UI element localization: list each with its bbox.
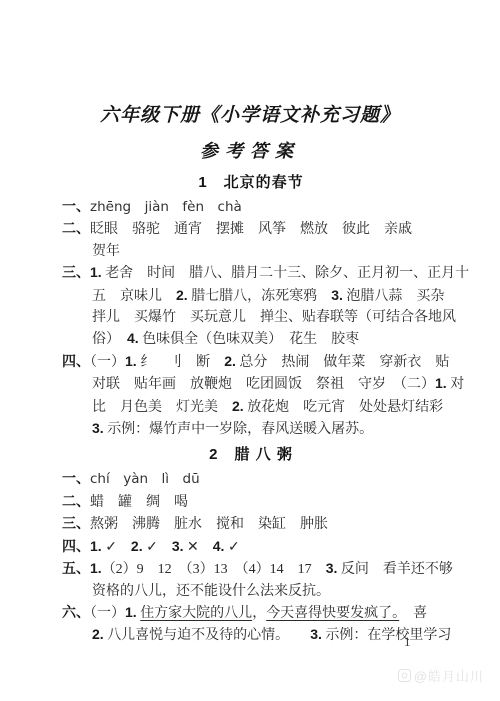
text-segment: 八儿喜悦与迫不及待的心情。 <box>104 628 311 643</box>
text-line: 拌儿 买爆竹 买玩意儿 掸尘、贴春联等（可结合各地风 <box>62 307 440 328</box>
text-segment: ✓ <box>102 540 131 555</box>
text-segment: zhēng jiàn fèn chà <box>90 199 242 215</box>
text-segment: （2）9 12 （3）13 （4）14 17 <box>102 562 326 577</box>
text-segment: ✓ <box>224 540 239 555</box>
text-segment: 腊七腊八，冻死寒鸦 <box>188 289 332 304</box>
text-segment: 1. <box>90 560 102 576</box>
text-line: 五 京味儿 2. 腊七腊八，冻死寒鸦 3. 泡腊八蒜 买杂 <box>62 285 440 307</box>
text-segment: 俗） <box>92 332 127 347</box>
text-line: 对联 贴年画 放鞭炮 吃团圆饭 祭祖 守岁 （二）1. 对 <box>62 373 440 395</box>
text-segment: 三、 <box>62 515 90 531</box>
text-segment: 泡腊八蒜 买杂 <box>343 289 445 304</box>
text-line: 三、1. 老舍 时间 腊八、腊月二十三、除夕、正月初一、正月十 <box>62 262 440 284</box>
text-segment: 对 <box>447 377 465 392</box>
text-line: 资格的八儿，还不能设什么法来反抗。 <box>62 581 440 602</box>
text-segment: 比 月色美 灯光美 <box>92 400 232 415</box>
text-segment: 一、 <box>62 198 90 214</box>
title-block: 六年级下册《小学语文补充习题》 参考答案 <box>0 100 500 163</box>
text-line: 二、蜡 罐 绸 喝 <box>62 491 440 513</box>
camera-logo-icon <box>398 669 411 682</box>
text-segment: 对联 贴年画 放鞭炮 吃团圆饭 祭祖 守岁 （二） <box>92 377 435 392</box>
text-segment: 五 京味儿 <box>92 289 176 304</box>
text-segment: 1. <box>125 604 137 620</box>
text-segment: 1. <box>90 538 102 554</box>
text-segment: 3. <box>310 626 322 642</box>
underlined-answer: 住方家大院的八儿 <box>140 606 252 621</box>
text-segment: 色味俱全（色味双美） 花生 胶枣 <box>139 332 360 347</box>
text-segment: 放花炮 吃元宵 处处悬灯结彩 <box>244 400 444 415</box>
text-segment: 2. <box>176 287 188 303</box>
underlined-answer: 今天喜得快要发疯了。 <box>266 606 399 621</box>
text-line: 二、眨眼 骆驼 通宵 摆摊 风筝 燃放 彼此 亲戚 <box>62 218 440 240</box>
page-container: 六年级下册《小学语文补充习题》 参考答案 1 北京的春节 一、zhēng jià… <box>0 0 500 701</box>
text-segment: 2. <box>224 353 236 369</box>
text-segment: （一） <box>90 355 125 370</box>
document-title: 六年级下册《小学语文补充习题》 <box>0 100 500 127</box>
text-line: 一、zhēng jiàn fèn chà <box>62 196 440 218</box>
text-segment: ✓ <box>143 540 172 555</box>
lesson-1-heading: 1 北京的春节 <box>62 172 440 194</box>
text-segment: 2. <box>232 398 244 414</box>
text-segment: 资格的八儿，还不能设什么法来反抗。 <box>92 584 330 599</box>
lesson-2-body: 一、chí yàn lì dū二、蜡 罐 绸 喝三、熬粥 沸腾 脏水 搅和 染缸… <box>62 468 440 646</box>
text-line: 3. 示例：爆竹声中一岁除，春风送暖入屠苏。 <box>62 418 440 440</box>
text-segment: 一、 <box>62 470 90 486</box>
text-segment: ✕ <box>184 540 213 555</box>
text-segment: 1. <box>435 375 447 391</box>
text-segment: 3. <box>92 420 104 436</box>
text-line: 四、（一）1. 纟 刂 断 2. 总分 热闹 做年菜 穿新衣 贴 <box>62 351 440 373</box>
text-segment: 3. <box>331 287 343 303</box>
text-segment: 反问 看羊还不够 <box>337 562 453 577</box>
text-segment: ， <box>252 606 266 621</box>
text-line: 比 月色美 灯光美 2. 放花炮 吃元宵 处处悬灯结彩 <box>62 396 440 418</box>
text-segment: 示例：在学校里学习 <box>322 628 452 643</box>
text-segment: 2. <box>131 538 143 554</box>
text-segment: 拌儿 买爆竹 买玩意儿 掸尘、贴春联等（可结合各地风 <box>92 310 456 325</box>
text-line: 俗） 4. 色味俱全（色味双美） 花生 胶枣 <box>62 328 440 350</box>
text-line: 五、1.（2）9 12 （3）13 （4）14 17 3. 反问 看羊还不够 <box>62 558 440 580</box>
text-segment: 喜 <box>399 606 427 621</box>
text-segment: 老舍 时间 腊八、腊月二十三、除夕、正月初一、正月十 <box>102 266 470 281</box>
lesson-2-heading: 2 腊 八 粥 <box>62 444 440 466</box>
text-segment: chí yàn lì dū <box>90 471 200 487</box>
text-segment: 蜡 罐 绸 喝 <box>90 495 188 510</box>
text-segment: 熬粥 沸腾 脏水 搅和 染缸 肿胀 <box>90 517 328 532</box>
text-segment: 纟 刂 断 <box>137 355 225 370</box>
text-segment: 五、 <box>62 560 90 576</box>
text-segment: 二、 <box>62 493 90 509</box>
text-segment: 3. <box>172 538 184 554</box>
text-segment: 眨眼 骆驼 通宵 摆摊 风筝 燃放 彼此 亲戚 <box>90 222 412 237</box>
text-line: 一、chí yàn lì dū <box>62 468 440 490</box>
text-segment: 贺年 <box>92 244 120 259</box>
text-segment: 1. <box>90 264 102 280</box>
text-segment: 1. <box>125 353 137 369</box>
page-number: 1 <box>404 634 411 650</box>
watermark-handle: @皓月山川 <box>414 666 484 685</box>
watermark: @皓月山川 <box>398 666 484 685</box>
text-segment: 4. <box>127 330 139 346</box>
document-subtitle: 参考答案 <box>0 137 500 163</box>
text-segment: 六、 <box>62 604 90 620</box>
text-segment: 总分 热闹 做年菜 穿新衣 贴 <box>236 355 450 370</box>
text-segment: 四、 <box>62 353 90 369</box>
answer-content: 1 北京的春节 一、zhēng jiàn fèn chà二、眨眼 骆驼 通宵 摆… <box>62 172 440 650</box>
text-segment: 3. <box>326 560 338 576</box>
text-line: 六、（一）1. 住方家大院的八儿，今天喜得快要发疯了。 喜 <box>62 602 440 624</box>
lesson-1-body: 一、zhēng jiàn fèn chà二、眨眼 骆驼 通宵 摆摊 风筝 燃放 … <box>62 196 440 440</box>
text-line: 三、熬粥 沸腾 脏水 搅和 染缸 肿胀 <box>62 513 440 535</box>
text-segment: 2. <box>92 626 104 642</box>
text-segment: 示例：爆竹声中一岁除，春风送暖入屠苏。 <box>104 422 374 437</box>
text-segment: 4. <box>213 538 225 554</box>
text-line: 2. 八儿喜悦与迫不及待的心情。 3. 示例：在学校里学习 <box>62 624 440 646</box>
text-line: 四、1. ✓ 2. ✓ 3. ✕ 4. ✓ <box>62 536 440 558</box>
text-segment: （一） <box>90 606 125 621</box>
text-segment: 四、 <box>62 538 90 554</box>
text-line: 贺年 <box>62 241 440 262</box>
text-segment: 三、 <box>62 264 90 280</box>
text-segment: 二、 <box>62 220 90 236</box>
